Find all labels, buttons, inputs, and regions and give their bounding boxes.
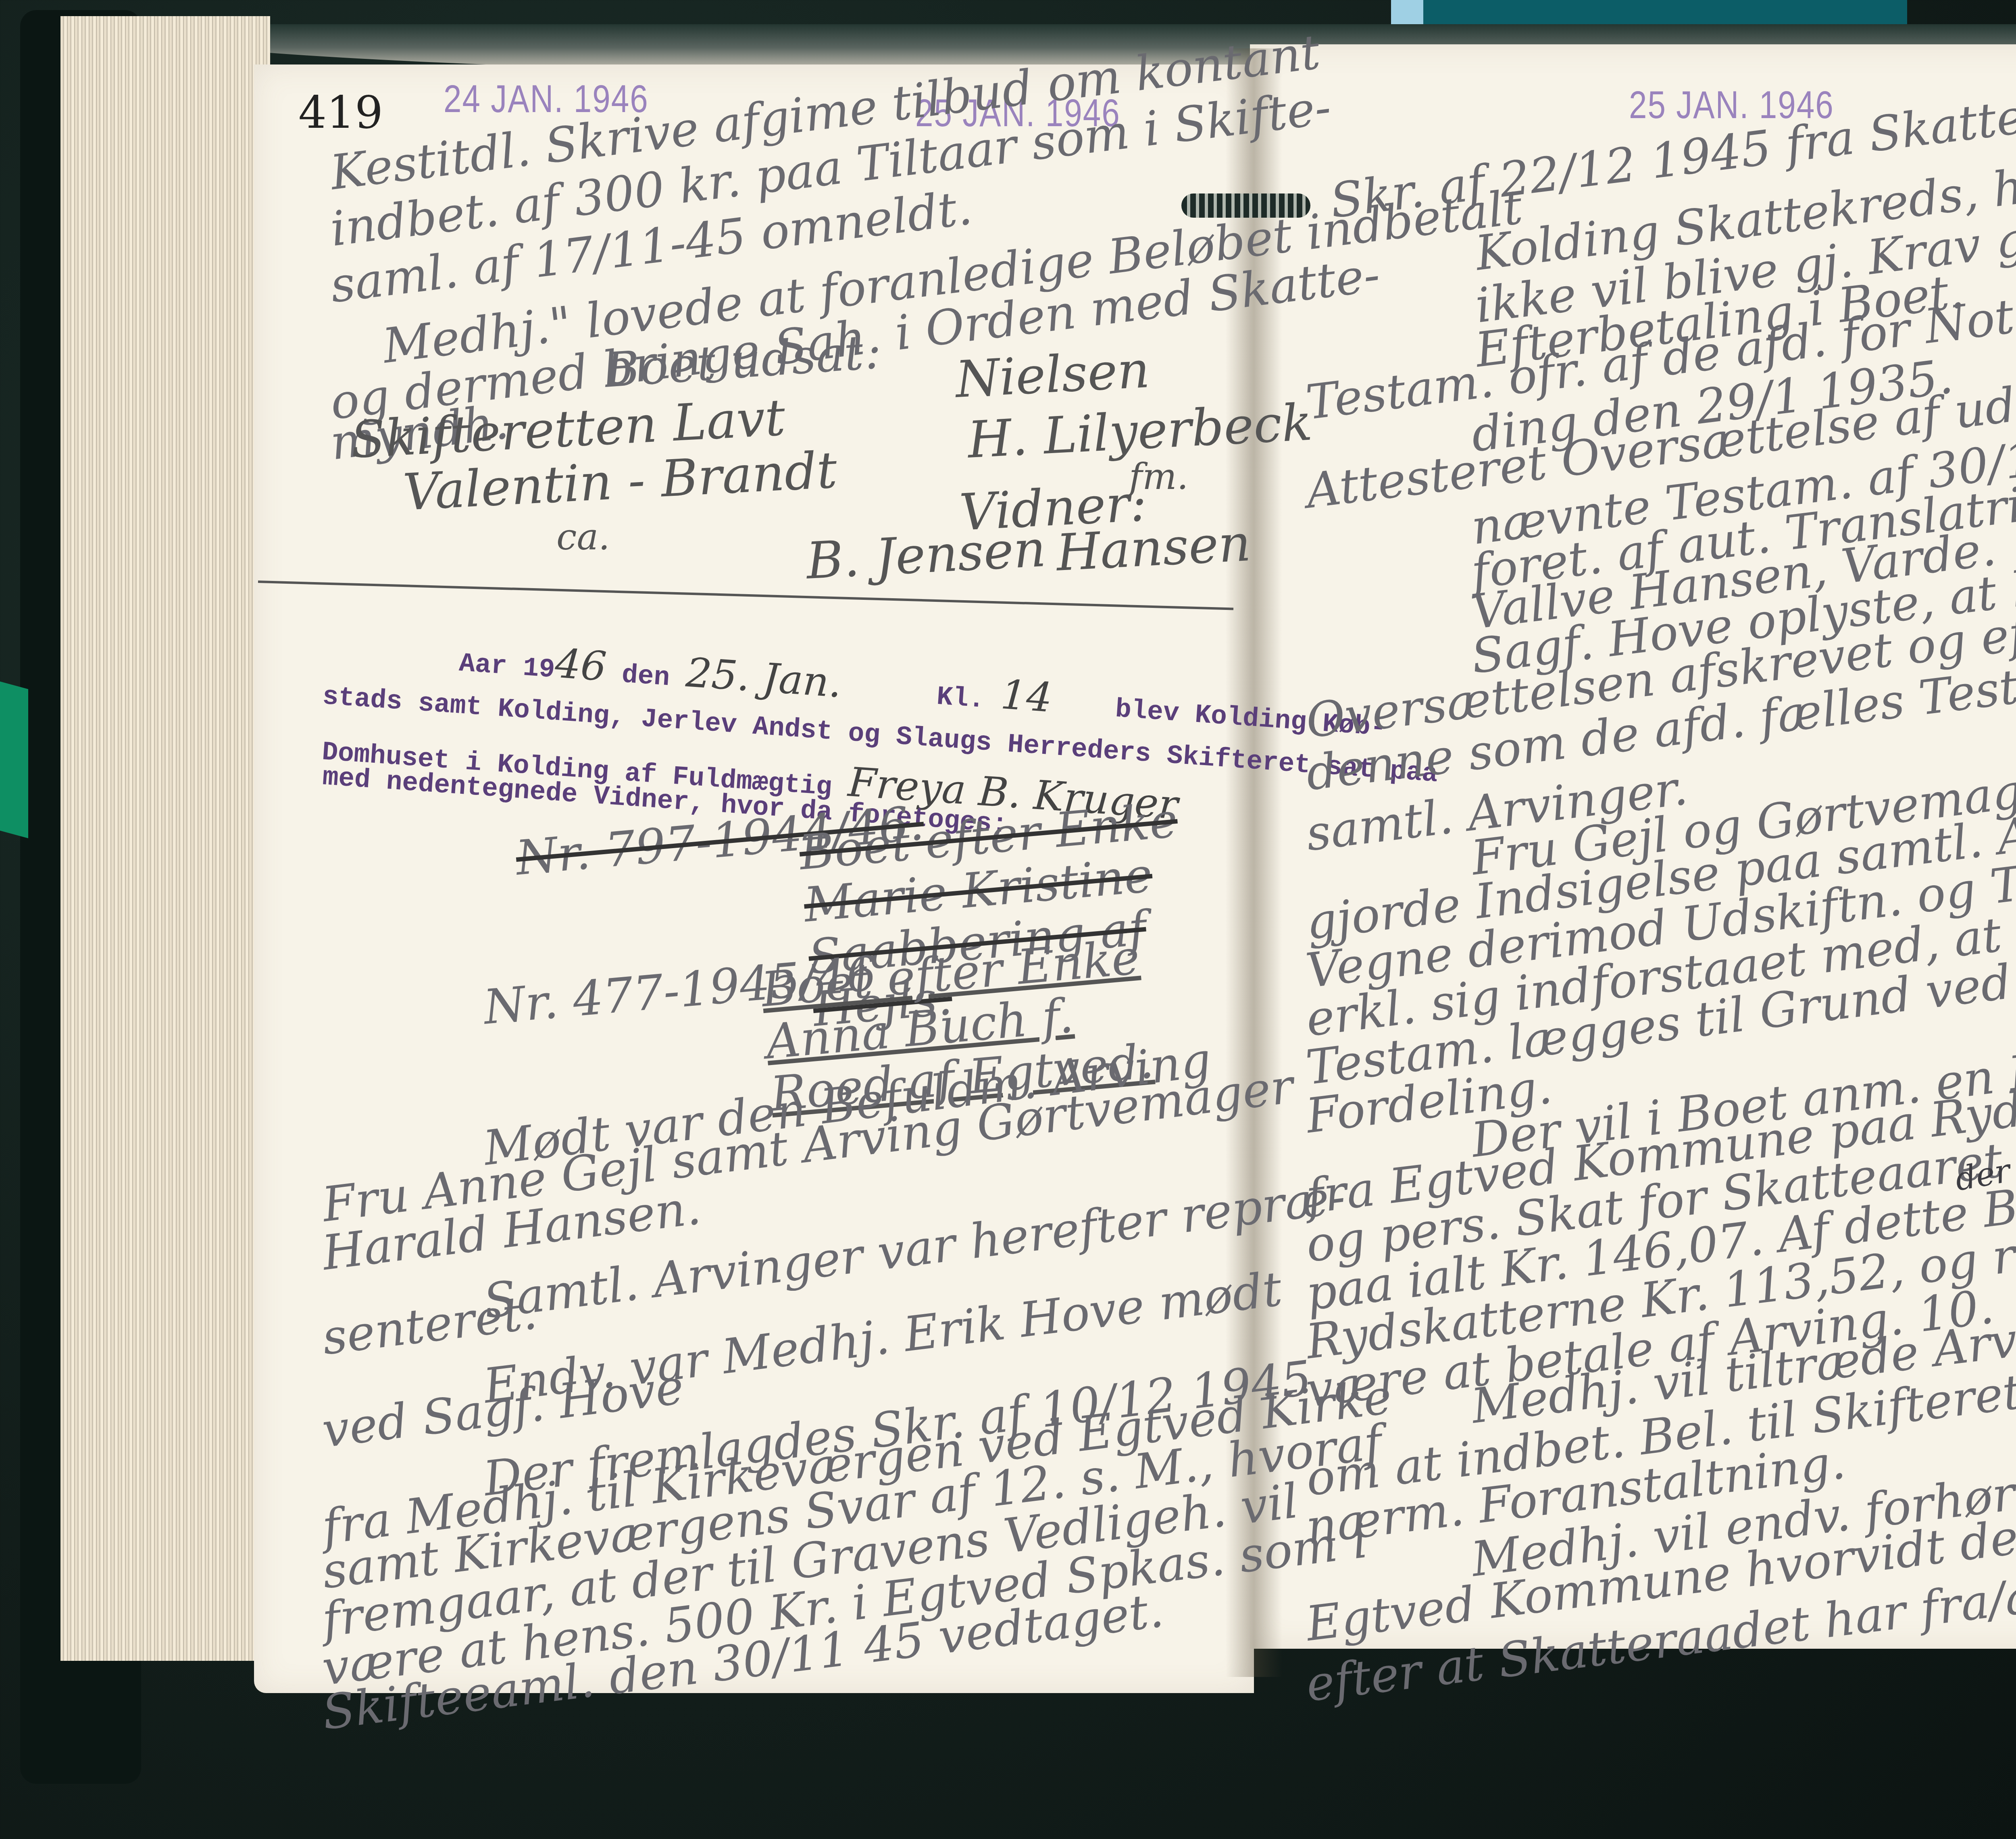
form-fill-time: 14 [999,671,1054,722]
form-text: Kl. [936,682,986,715]
cover-stripe-left [0,682,28,838]
signature: Nielsen [954,341,1151,409]
form-text: den [621,659,671,693]
form-fill-year: 46 [554,640,608,691]
page-number-left: 419 [298,87,383,138]
signature: B. Jensen [805,520,1047,591]
form-text: Aar 19 [458,648,556,685]
signature: Hansen [1055,514,1252,582]
signature-suffix: ca. [556,516,610,558]
page-edges-left [60,16,270,1661]
